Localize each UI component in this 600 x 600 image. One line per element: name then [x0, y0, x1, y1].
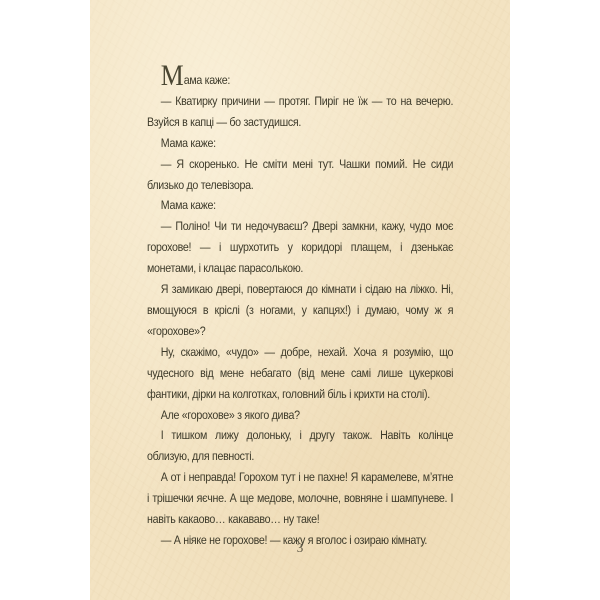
paragraph: Мама каже:: [147, 66, 453, 91]
drop-cap: М: [161, 59, 184, 92]
paragraph-text: ама каже:: [184, 73, 230, 87]
paragraph: Ну, скажімо, «чудо» — добре, нехай. Хоча…: [147, 342, 453, 405]
paragraph: Але «горохове» з якого дива?: [147, 405, 453, 426]
paragraph: — Кватирку причини — протяг. Пиріг не їж…: [147, 91, 453, 133]
page-number: 3: [293, 540, 307, 556]
paragraph: — Я скоренько. Не сміти мені тут. Чашки …: [147, 154, 453, 196]
paragraph: А от і неправда! Горохом тут і не пахне!…: [147, 467, 453, 530]
book-page: Мама каже: — Кватирку причини — протяг. …: [90, 0, 510, 600]
paragraph: Я замикаю двері, повертаюся до кімнати і…: [147, 279, 453, 342]
paragraph: Мама каже:: [147, 195, 453, 216]
paragraph: — Поліно! Чи ти недочуваєш? Двері замкни…: [147, 216, 453, 279]
paragraph: І тишком лижу долоньку, і другу також. Н…: [147, 425, 453, 467]
body-text: Мама каже: — Кватирку причини — протяг. …: [147, 66, 410, 551]
paragraph: Мама каже:: [147, 133, 453, 154]
